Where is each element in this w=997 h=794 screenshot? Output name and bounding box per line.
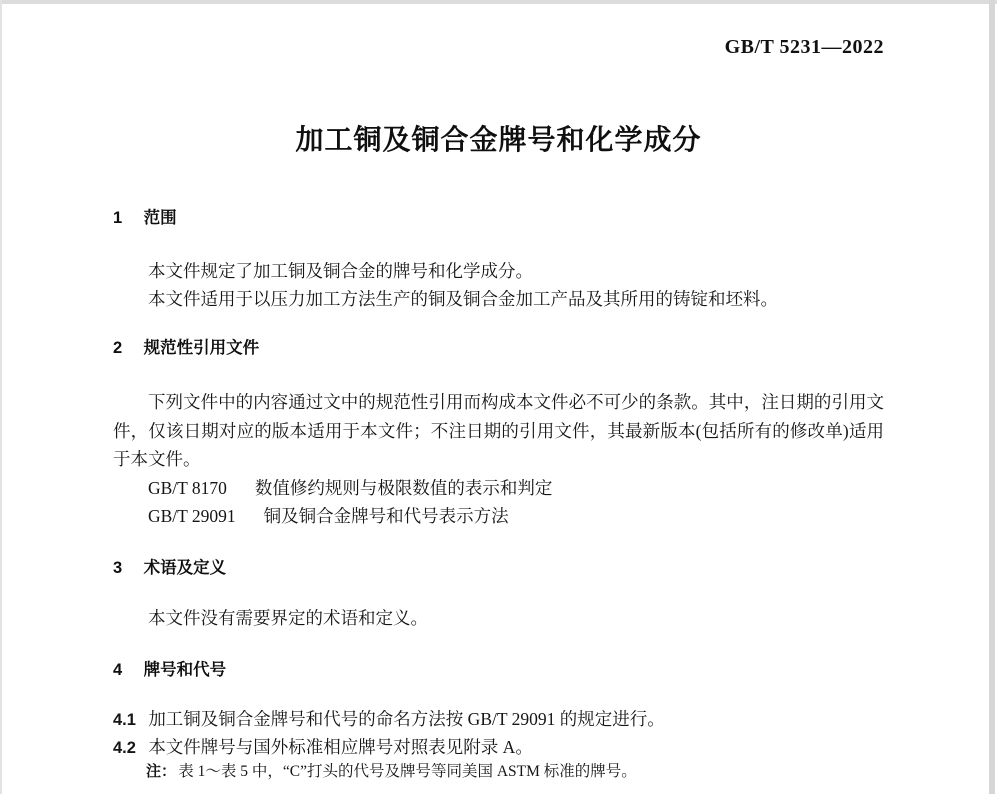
section-2-paragraph-1: 下列文件中的内容通过文中的规范性引用而构成本文件必不可少的条款。其中，注日期的引… (113, 388, 884, 474)
clause-4-1-number: 4.1 (113, 711, 136, 729)
reference-2-code: GB/T 29091 (148, 506, 236, 526)
clause-4-2: 4.2本文件牌号与国外标准相应牌号对照表见附录 A。 (113, 733, 884, 762)
section-1-title: 范围 (144, 209, 177, 227)
document-title: 加工铜及铜合金牌号和化学成分 (0, 118, 997, 158)
section-3-paragraph-1: 本文件没有需要界定的术语和定义。 (113, 604, 884, 633)
section-4-number: 4 (113, 661, 122, 680)
section-3-title: 术语及定义 (144, 559, 227, 577)
section-1-number: 1 (113, 209, 122, 228)
normative-reference-1: GB/T 8170数值修约规则与极限数值的表示和判定 (113, 474, 919, 502)
note-text: 表 1～表 5 中，“C”打头的代号及牌号等同美国 ASTM 标准的牌号。 (178, 763, 637, 780)
clause-4-note: 注：表 1～表 5 中，“C”打头的代号及牌号等同美国 ASTM 标准的牌号。 (113, 760, 917, 784)
clause-4-1-text: 加工铜及铜合金牌号和代号的命名方法按 GB/T 29091 的规定进行。 (148, 709, 664, 729)
reference-2-title: 铜及铜合金牌号和代号表示方法 (264, 506, 509, 526)
section-3-number: 3 (113, 559, 122, 578)
standard-number: GB/T 5231—2022 (725, 36, 884, 59)
section-2-heading: 2规范性引用文件 (113, 334, 884, 358)
section-1-heading: 1范围 (113, 204, 884, 228)
section-1-paragraph-1: 本文件规定了加工铜及铜合金的牌号和化学成分。 (113, 257, 884, 286)
reference-1-title: 数值修约规则与极限数值的表示和判定 (255, 478, 553, 498)
reference-1-code: GB/T 8170 (148, 478, 227, 498)
section-4-title: 牌号和代号 (144, 661, 227, 679)
section-2-number: 2 (113, 339, 122, 358)
clause-4-2-number: 4.2 (113, 739, 136, 757)
normative-reference-2: GB/T 29091铜及铜合金牌号和代号表示方法 (113, 502, 919, 530)
page-edge-top (0, 0, 997, 4)
document-page: GB/T 5231—2022 加工铜及铜合金牌号和化学成分 1范围 本文件规定了… (0, 0, 997, 794)
note-label: 注： (146, 763, 176, 780)
section-1-paragraph-2: 本文件适用于以压力加工方法生产的铜及铜合金加工产品及其所用的铸锭和坯料。 (113, 285, 884, 314)
section-2-title: 规范性引用文件 (144, 339, 260, 357)
section-4-heading: 4牌号和代号 (113, 656, 884, 680)
clause-4-1: 4.1加工铜及铜合金牌号和代号的命名方法按 GB/T 29091 的规定进行。 (113, 705, 884, 734)
section-3-heading: 3术语及定义 (113, 554, 884, 578)
clause-4-2-text: 本文件牌号与国外标准相应牌号对照表见附录 A。 (148, 737, 533, 757)
